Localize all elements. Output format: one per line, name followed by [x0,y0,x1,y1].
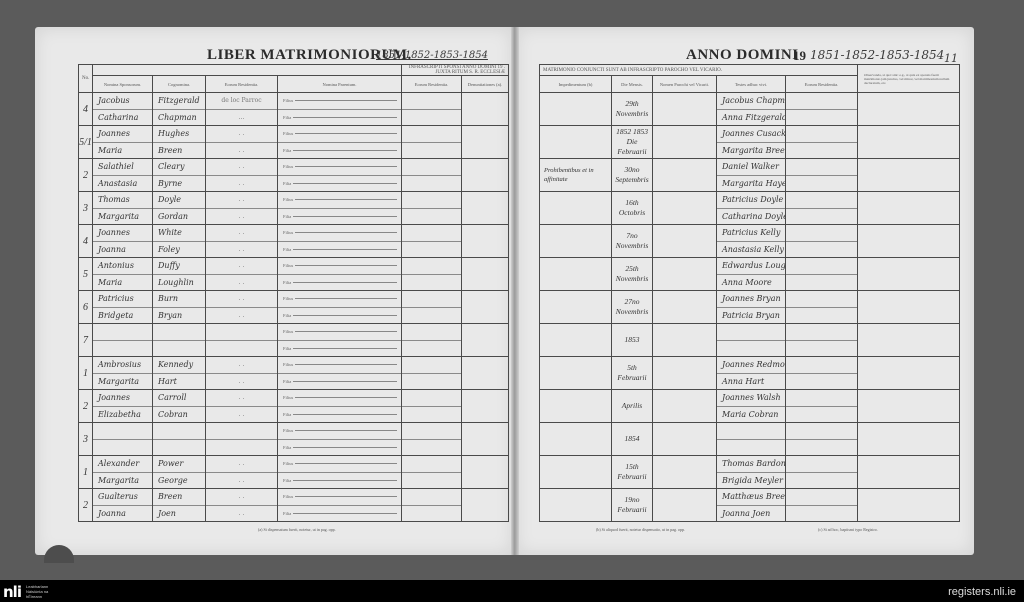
observanda-cell [858,159,960,192]
filia-label: Filia [278,209,401,225]
witness-1 [717,423,785,440]
witness-residence-1 [786,423,857,440]
bride-surname: Foley [153,242,205,258]
table-row: AprilisJoannes WalshMaria Cobran [540,390,960,423]
groom-residence: . . [206,126,277,143]
bride-residence: ... [206,110,277,126]
witness-residence-2 [786,308,857,324]
parent-residence-1 [402,390,461,407]
right-years-handwritten: 1851-1852-1853-1854 [810,48,944,62]
entry-number: 7 [79,324,93,357]
impediment-cell [540,324,612,357]
witness-1: Daniel Walker [717,159,785,176]
bride-surname: Hart [153,374,205,390]
denuntiationes-cell [462,291,509,324]
witness-2: Anastasia Kelly [717,242,785,258]
priest-name [653,192,717,225]
groom-surname [153,324,205,341]
groom-surname: Fitzgerald [153,93,205,110]
col-witness-residentia: Eorum Residentia. [786,76,858,93]
parent-residence-2 [402,473,461,489]
denuntiationes-cell [462,258,509,291]
witness-residence-1 [786,456,857,473]
right-footnote-b: (b) Si aliquod fuerit, notetur dispensat… [596,527,685,532]
bride-residence: . . [206,374,277,390]
witness-residence-1 [786,225,857,242]
filius-label: Filius [278,456,401,473]
table-row: 1AlexanderMargaritaPowerGeorge. .. .Fili… [79,456,509,489]
impediment-cell [540,126,612,159]
groom-surname: White [153,225,205,242]
bride-surname [153,341,205,357]
col-die-mensis: Die Mensis. [612,76,653,93]
priest-name [653,291,717,324]
bride-surname: Byrne [153,176,205,192]
denuntiationes-cell [462,423,509,456]
filia-label: Filia [278,242,401,258]
groom-residence [206,324,277,341]
entry-number: 5/1 [79,126,93,159]
priest-name [653,324,717,357]
bride-surname: Breen [153,143,205,159]
bride-residence: . . [206,506,277,522]
groom-surname: Doyle [153,192,205,209]
parent-residence-1 [402,225,461,242]
denuntiationes-cell [462,324,509,357]
witness-1: Joannes Walsh [717,390,785,407]
right-header-band: MATRIMONIO CONJUNCTI SUNT AB INFRASCRIPT… [540,65,858,76]
groom-first-name: Joannes [93,126,152,143]
table-row: 4JacobusCatharinaFitzgeraldChapmande loc… [79,93,509,126]
entry-number: 3 [79,192,93,225]
priest-name [653,390,717,423]
parent-residence-1 [402,489,461,506]
marriage-date: 30no Septembris [612,159,653,192]
col-parent-residentia: Eorum Residentia. [402,76,462,93]
witness-2 [717,440,785,456]
parent-residence-2 [402,407,461,423]
witness-residence-2 [786,374,857,390]
parent-residence-2 [402,275,461,291]
parent-residence-2 [402,176,461,192]
filius-label: Filius [278,324,401,341]
bride-residence: . . [206,242,277,258]
witness-2: Maria Cobran [717,407,785,423]
impediment-cell: Prohibentibus et in affinitate [540,159,612,192]
filius-label: Filius [278,357,401,374]
bride-residence: . . [206,308,277,324]
bride-first-name: Margarita [93,374,152,390]
filia-label: Filia [278,110,401,126]
witness-1: Patricius Kelly [717,225,785,242]
col-nomina-parentum: Nomina Parentum. [278,76,402,93]
parent-residence-1 [402,357,461,374]
table-row: 1AmbrosiusMargaritaKennedyHart. .. .Fili… [79,357,509,390]
parent-residence-2 [402,440,461,456]
priest-name [653,159,717,192]
groom-first-name: Ambrosius [93,357,152,374]
witness-1 [717,324,785,341]
table-row: 2GualterusJoannaBreenJoen. .. .FiliusFil… [79,489,509,522]
witness-residence-1 [786,93,857,110]
entry-number: 2 [79,489,93,522]
groom-residence: . . [206,357,277,374]
parent-residence-1 [402,324,461,341]
witness-residence-2 [786,275,857,291]
filius-label: Filius [278,126,401,143]
impediment-cell [540,192,612,225]
table-row: 5th FebruariiJoannes RedmondAnna Hart [540,357,960,390]
groom-residence [206,423,277,440]
witness-1: Thomas Bardon [717,456,785,473]
table-row: 3FiliusFilia [79,423,509,456]
bride-first-name: Margarita [93,209,152,225]
impediment-cell [540,93,612,126]
witness-2 [717,341,785,357]
table-row: 7FiliusFilia [79,324,509,357]
priest-name [653,258,717,291]
table-row: 3ThomasMargaritaDoyleGordan. .. .FiliusF… [79,192,509,225]
col-impedimentum: Impedimentum (b) [540,76,612,93]
observanda-cell [858,225,960,258]
bride-residence: . . [206,209,277,225]
groom-surname: Breen [153,489,205,506]
impediment-cell [540,423,612,456]
table-row: Prohibentibus et in affinitate30no Septe… [540,159,960,192]
table-row: 5/1JoannesMariaHughesBreen. .. .FiliusFi… [79,126,509,159]
groom-first-name: Joannes [93,225,152,242]
filia-label: Filia [278,374,401,390]
entry-number: 4 [79,225,93,258]
col-no: No. [79,65,93,93]
parent-residence-2 [402,110,461,126]
table-row: 27no NovembrisJoannes BryanPatricia Brya… [540,291,960,324]
impediment-cell [540,291,612,324]
observanda-cell [858,456,960,489]
groom-surname: Carroll [153,390,205,407]
witness-residence-1 [786,258,857,275]
witness-residence-1 [786,357,857,374]
table-row: 2JoannesElizabethaCarrollCobran. .. .Fil… [79,390,509,423]
marriage-date: 19no Februarii [612,489,653,522]
bride-first-name: Anastasia [93,176,152,192]
parent-residence-1 [402,93,461,110]
witness-residence-1 [786,192,857,209]
filia-label: Filia [278,473,401,489]
groom-residence: . . [206,159,277,176]
groom-surname: Power [153,456,205,473]
denuntiationes-cell [462,489,509,522]
priest-name [653,456,717,489]
marriage-date: 1853 [612,324,653,357]
observanda-cell [858,324,960,357]
groom-first-name [93,423,152,440]
entry-number: 3 [79,423,93,456]
groom-surname: Duffy [153,258,205,275]
bride-surname: Gordan [153,209,205,225]
bride-residence [206,440,277,456]
witness-1: Matthæus Breen [717,489,785,506]
witness-2: Anna Hart [717,374,785,390]
impediment-cell [540,258,612,291]
bride-first-name: Catharina [93,110,152,126]
bride-surname [153,440,205,456]
witness-residence-2 [786,242,857,258]
bride-surname: George [153,473,205,489]
witness-1: Jacobus Chapman [717,93,785,110]
table-row: 15th FebruariiThomas BardonBrigida Meyle… [540,456,960,489]
witness-2: Joanna Joen [717,506,785,522]
witness-2: Brigida Meyler [717,473,785,489]
marriage-date: 15th Februarii [612,456,653,489]
witness-residence-1 [786,159,857,176]
bride-surname: Joen [153,506,205,522]
entry-number: 2 [79,390,93,423]
filia-label: Filia [278,176,401,192]
bride-first-name [93,341,152,357]
groom-surname: Kennedy [153,357,205,374]
groom-residence: . . [206,489,277,506]
left-register-table: No. INFRASCRIPTI SPONSI ANNO DOMINI 19 .… [78,64,509,522]
observanda-cell [858,258,960,291]
col-nomina-sponsorum: Nomina Sponsorum. [93,76,153,93]
bride-first-name: Elizabetha [93,407,152,423]
denuntiationes-cell [462,192,509,225]
groom-surname: Burn [153,291,205,308]
nli-logo-icon[interactable]: nli [3,583,21,601]
denuntiationes-cell [462,225,509,258]
witness-residence-1 [786,126,857,143]
parent-residence-1 [402,192,461,209]
marriage-date: 1854 [612,423,653,456]
col-testes: Testes adhuc vivi. [717,76,786,93]
marriage-date: 27no Novembris [612,291,653,324]
entry-number: 1 [79,456,93,489]
priest-name [653,126,717,159]
bride-surname: Cobran [153,407,205,423]
witness-1: Joannes Bryan [717,291,785,308]
filius-label: Filius [278,291,401,308]
parent-residence-1 [402,258,461,275]
filius-label: Filius [278,192,401,209]
parent-residence-2 [402,242,461,258]
priest-name [653,225,717,258]
filius-label: Filius [278,258,401,275]
parent-residence-1 [402,423,461,440]
bride-surname: Loughlin [153,275,205,291]
denuntiationes-cell [462,126,509,159]
observanda-cell [858,93,960,126]
parent-residence-1 [402,159,461,176]
left-footnote: (a) Si dispensatum fuerit, notetur, ut i… [258,527,336,532]
denuntiationes-cell [462,390,509,423]
table-row: 6PatriciusBridgetaBurnBryan. .. .FiliusF… [79,291,509,324]
priest-name [653,489,717,522]
observanda-cell [858,291,960,324]
marriage-date: 16th Octobris [612,192,653,225]
table-row: 16th OctobrisPatricius DoyleCatharina Do… [540,192,960,225]
filius-label: Filius [278,225,401,242]
witness-residence-2 [786,110,857,126]
bride-residence: . . [206,407,277,423]
table-row: 25th NovembrisEdwardus LoughlinAnna Moor… [540,258,960,291]
table-row: 29th NovembrisJacobus ChapmanAnna Fitzge… [540,93,960,126]
groom-residence: . . [206,390,277,407]
groom-residence: . . [206,258,277,275]
filius-label: Filius [278,489,401,506]
parent-residence-2 [402,374,461,390]
entry-number: 1 [79,357,93,390]
col-denuntiationes: Denuntiationes (a). [462,76,509,93]
witness-residence-1 [786,390,857,407]
witness-residence-2 [786,473,857,489]
marriage-date: 25th Novembris [612,258,653,291]
filia-label: Filia [278,407,401,423]
nli-logo-caption: Leabharlann Náisiúnta na hÉireann [26,584,56,599]
right-register-table: MATRIMONIO CONJUNCTI SUNT AB INFRASCRIPT… [539,64,960,522]
witness-residence-2 [786,341,857,357]
witness-residence-2 [786,440,857,456]
table-row: 19no FebruariiMatthæus BreenJoanna Joen [540,489,960,522]
witness-residence-1 [786,489,857,506]
table-row: 2SalathielAnastasiaClearyByrne. .. .Fili… [79,159,509,192]
groom-residence: de loc Parroc [206,93,277,110]
observanda-cell [858,390,960,423]
right-footnote-c: (c) Si ad hoc, baptismi typo Registro. [818,527,878,532]
entry-number: 2 [79,159,93,192]
groom-first-name: Antonius [93,258,152,275]
left-years-handwritten: 1851-1852-1853-1854 [376,50,488,61]
groom-first-name [93,324,152,341]
witness-residence-2 [786,176,857,192]
groom-first-name: Thomas [93,192,152,209]
filia-label: Filia [278,143,401,159]
parent-residence-1 [402,126,461,143]
book-gutter [511,27,519,555]
marriage-date: 1852 1853 Die Februarii [612,126,653,159]
groom-surname: Cleary [153,159,205,176]
groom-first-name: Joannes [93,390,152,407]
witness-residence-1 [786,324,857,341]
denuntiationes-cell [462,159,509,192]
parent-residence-1 [402,291,461,308]
observanda-cell [858,126,960,159]
groom-first-name: Salathiel [93,159,152,176]
groom-residence: . . [206,192,277,209]
table-row: 1853 [540,324,960,357]
col-cognomina: Cognomina. [153,76,206,93]
witness-residence-1 [786,291,857,308]
bride-first-name: Margarita [93,473,152,489]
witness-1: Joannes Cusack [717,126,785,143]
left-header-band: INFRASCRIPTI SPONSI ANNO DOMINI 19 . JUX… [402,65,509,76]
filia-label: Filia [278,275,401,291]
priest-name [653,423,717,456]
bride-first-name: Joanna [93,506,152,522]
marriage-date: 5th Februarii [612,357,653,390]
groom-first-name: Jacobus [93,93,152,110]
table-row: 1854 [540,423,960,456]
groom-residence: . . [206,291,277,308]
viewer-footer-bar [0,580,1024,602]
bride-surname: Chapman [153,110,205,126]
bride-residence: . . [206,275,277,291]
bride-residence: . . [206,176,277,192]
witness-residence-2 [786,506,857,522]
bride-first-name: Maria [93,143,152,159]
observanda-cell [858,489,960,522]
entry-number: 4 [79,93,93,126]
witness-1: Edwardus Loughlin [717,258,785,275]
filius-label: Filius [278,159,401,176]
groom-residence: . . [206,225,277,242]
col-nomen-parochi: Nomen Parochi vel Vicarii. [653,76,717,93]
impediment-cell [540,456,612,489]
parent-residence-2 [402,143,461,159]
denuntiationes-cell [462,93,509,126]
groom-first-name: Patricius [93,291,152,308]
table-row: 1852 1853 Die FebruariiJoannes CusackMar… [540,126,960,159]
filia-label: Filia [278,308,401,324]
table-row: 7no NovembrisPatricius KellyAnastasia Ke… [540,225,960,258]
bride-surname: Bryan [153,308,205,324]
witness-1: Joannes Redmond [717,357,785,374]
filius-label: Filius [278,423,401,440]
parent-residence-2 [402,341,461,357]
witness-2: Anna Moore [717,275,785,291]
witness-1: Patricius Doyle [717,192,785,209]
site-url-link[interactable]: registers.nli.ie [948,586,1016,598]
bride-first-name: Joanna [93,242,152,258]
marriage-date: Aprilis [612,390,653,423]
filius-label: Filius [278,390,401,407]
parent-residence-2 [402,308,461,324]
priest-name [653,357,717,390]
marriage-date: 29th Novembris [612,93,653,126]
witness-2: Patricia Bryan [717,308,785,324]
entry-number: 6 [79,291,93,324]
filia-label: Filia [278,440,401,456]
witness-residence-2 [786,143,857,159]
right-page-title: ANNO DOMINI [686,47,799,64]
filia-label: Filia [278,506,401,522]
groom-first-name: Gualterus [93,489,152,506]
filia-label: Filia [278,341,401,357]
table-row: 5AntoniusMariaDuffyLoughlin. .. .FiliusF… [79,258,509,291]
witness-2: Catharina Doyle [717,209,785,225]
witness-residence-2 [786,209,857,225]
entry-number: 5 [79,258,93,291]
observanda-cell [858,192,960,225]
bride-first-name: Maria [93,275,152,291]
witness-residence-2 [786,407,857,423]
impediment-cell [540,489,612,522]
bride-first-name [93,440,152,456]
parent-residence-2 [402,209,461,225]
observanda-cell [858,357,960,390]
filius-label: Filius [278,93,401,110]
witness-2: Margarita Hayes [717,176,785,192]
right-year-prefix: 19 [793,48,806,64]
col-observanda: Observanda, si quæ sint: e.g., si quis e… [858,65,960,93]
col-eorum-residentia: Eorum Residentia. [206,76,278,93]
witness-2: Margarita Breen [717,143,785,159]
bride-residence [206,341,277,357]
bride-residence: . . [206,473,277,489]
marriage-date: 7no Novembris [612,225,653,258]
groom-first-name: Alexander [93,456,152,473]
groom-surname: Hughes [153,126,205,143]
